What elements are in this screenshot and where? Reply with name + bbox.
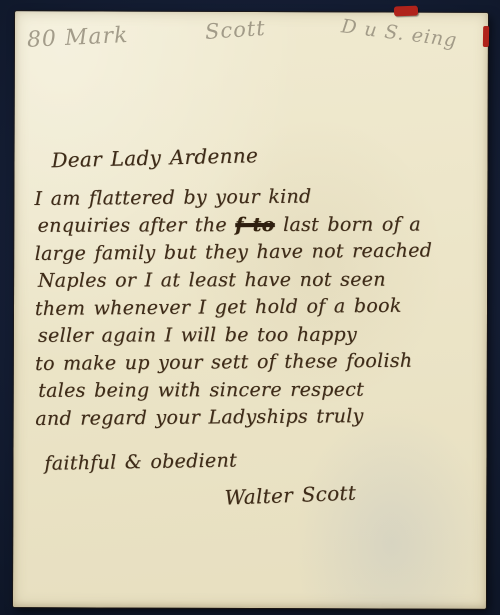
pencil-annotation-note: D u S. eing — [340, 15, 459, 51]
scanned-letter-photo: 80 Mark Scott D u S. eing Dear Lady Arde… — [0, 0, 500, 615]
struck-out-word: f to — [235, 213, 275, 235]
deletion-pre-text: enquiries after the — [38, 214, 227, 237]
salutation: Dear Lady Ardenne — [51, 138, 479, 172]
closing-line: faithful & obedient — [44, 443, 480, 478]
body-line: seller again I will be too happy — [38, 321, 480, 350]
body-line: them whenever I get hold of a book — [35, 292, 480, 323]
signature: Walter Scott — [224, 474, 481, 511]
body-line: and regard your Ladyships truly — [35, 402, 480, 433]
body-line: tales being with sincere respect — [38, 376, 480, 405]
pencil-annotation-price: 80 Mark — [26, 23, 129, 53]
letter-page: 80 Mark Scott D u S. eing Dear Lady Arde… — [13, 11, 488, 609]
red-mark-right-edge — [483, 26, 489, 47]
pencil-annotation-author: Scott — [204, 16, 266, 44]
body-line: to make up your sett of these foolish — [35, 347, 480, 378]
letter-text: Dear Lady Ardenne I am flattered by your… — [33, 142, 480, 507]
body-line: Naples or I at least have not seen — [38, 266, 480, 295]
body-line-with-deletion: enquiries after the f to last born of a — [38, 211, 480, 240]
deletion-post-text: last born of a — [283, 213, 421, 235]
red-mark-top — [394, 6, 418, 17]
body-opening-line: I am flattered by your kind — [34, 182, 479, 213]
body-line: large family but they have not reached — [35, 237, 480, 268]
